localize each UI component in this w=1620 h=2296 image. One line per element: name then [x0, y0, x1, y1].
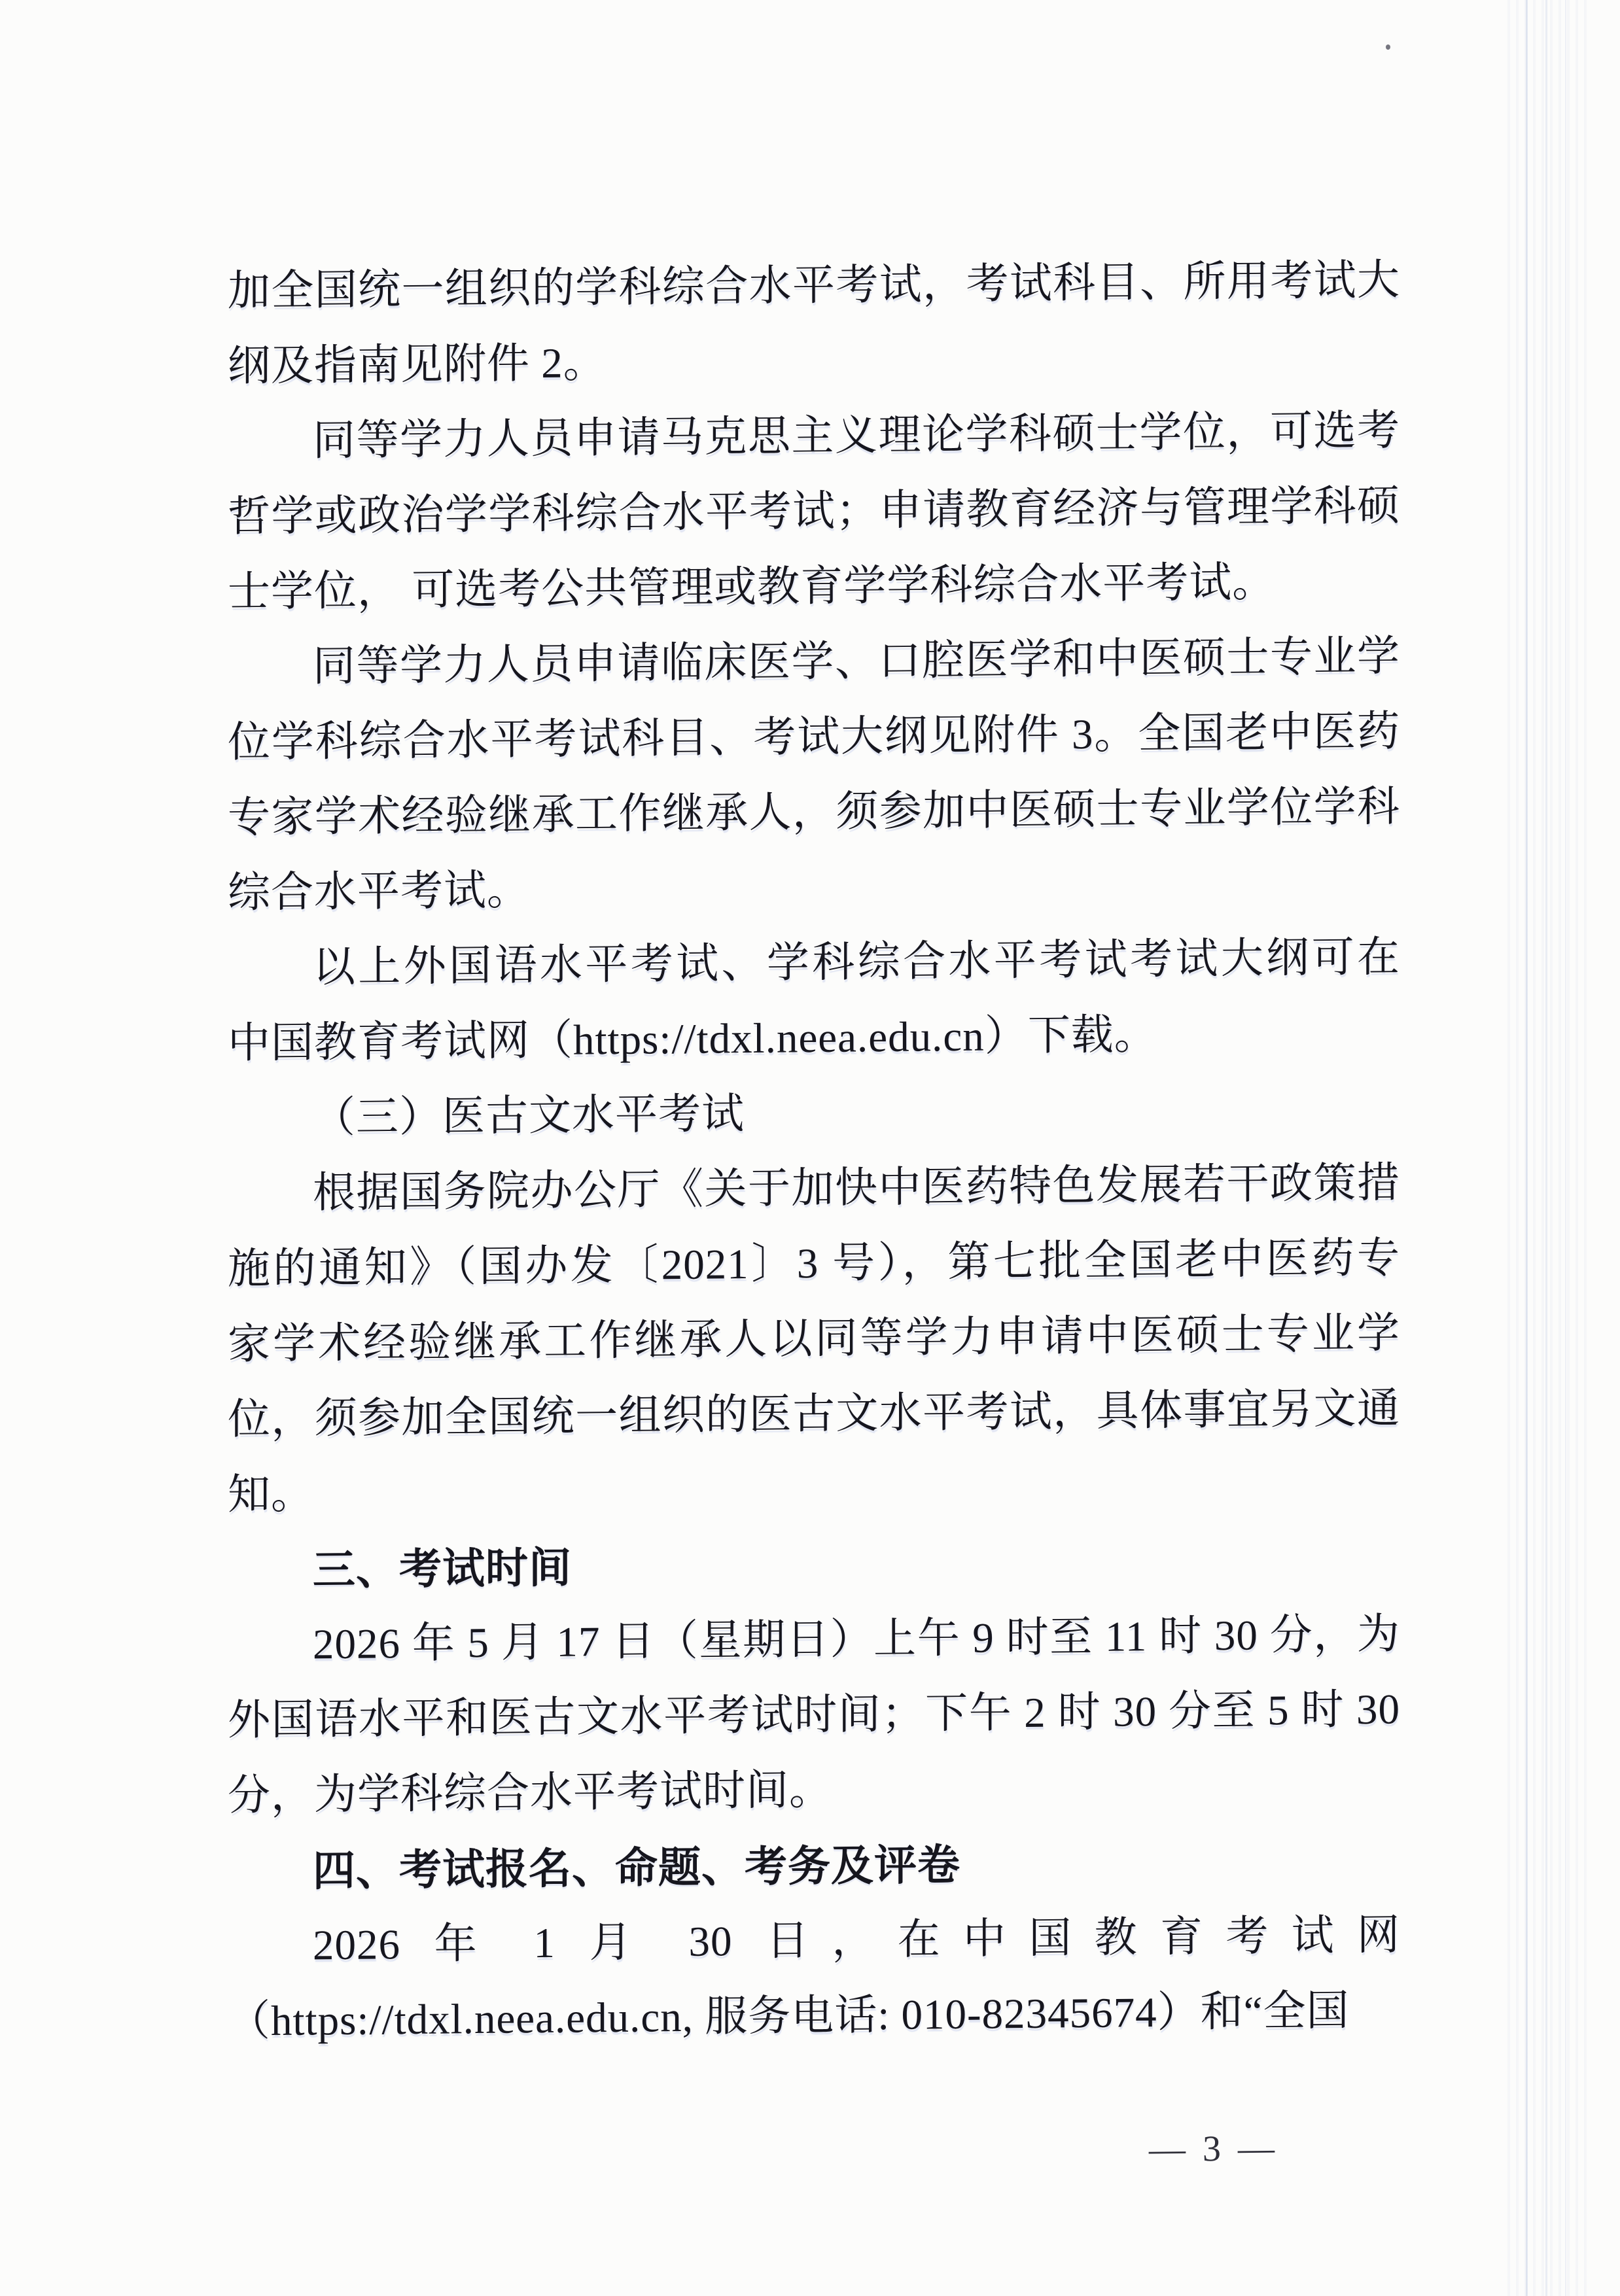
text-line: 知。	[228, 1446, 1400, 1533]
paragraph: 根据国务院办公厅《关于加快中医药特色发展若干政策措施的通知》（国办发〔2021〕…	[228, 1145, 1400, 1533]
paragraph: （三）医古文水平考试	[228, 1070, 1400, 1157]
text-line: 以上外国语水平考试、学科综合水平考试考试大纲可在	[228, 920, 1400, 1006]
text-line: 纲及指南见附件 2。	[228, 318, 1400, 404]
text-line: 三、考试时间	[228, 1522, 1400, 1608]
text-line: 2026 年 1 月 30 日，在中国教育考试网	[228, 1898, 1400, 1984]
paragraph: 加全国统一组织的学科综合水平考试，考试科目、所用考试大纲及指南见附件 2。	[228, 243, 1400, 404]
paragraph: 2026 年 1 月 30 日，在中国教育考试网（https://tdxl.ne…	[228, 1898, 1400, 2059]
text-line: 外国语水平和医古文水平考试时间；下午 2 时 30 分至 5 时 30	[228, 1672, 1400, 1758]
text-line: 四、考试报名、命题、考务及评卷	[228, 1822, 1400, 1909]
page-number: — 3 —	[1149, 2125, 1278, 2172]
text-line: 位，须参加全国统一组织的医古文水平考试，具体事宜另文通	[228, 1371, 1400, 1457]
text-line: 专家学术经验继承工作继承人，须参加中医硕士专业学位学科	[228, 769, 1400, 856]
text-line: 中国教育考试网（https://tdxl.neea.edu.cn）下载。	[228, 995, 1400, 1081]
text-line: 家学术经验继承工作继承人以同等学力申请中医硕士专业学	[228, 1296, 1400, 1382]
scanned-document-page: 加全国统一组织的学科综合水平考试，考试科目、所用考试大纲及指南见附件 2。同等学…	[0, 0, 1620, 2296]
text-line: 根据国务院办公厅《关于加快中医药特色发展若干政策措	[228, 1145, 1400, 1232]
text-line: 分，为学科综合水平考试时间。	[228, 1747, 1400, 1834]
text-line: （三）医古文水平考试	[228, 1070, 1400, 1157]
text-line: 哲学或政治学学科综合水平考试；申请教育经济与管理学科硕	[228, 468, 1400, 555]
text-line: 2026 年 5 月 17 日（星期日）上午 9 时至 11 时 30 分，为	[228, 1597, 1400, 1683]
document-body: 加全国统一组织的学科综合水平考试，考试科目、所用考试大纲及指南见附件 2。同等学…	[228, 243, 1400, 2059]
section-heading: 四、考试报名、命题、考务及评卷	[228, 1822, 1400, 1909]
text-line: 施的通知》（国办发〔2021〕3 号），第七批全国老中医药专	[228, 1221, 1400, 1307]
text-line: 同等学力人员申请马克思主义理论学科硕士学位，可选考	[228, 393, 1400, 479]
paragraph: 2026 年 5 月 17 日（星期日）上午 9 时至 11 时 30 分，为外…	[228, 1597, 1400, 1834]
paragraph: 以上外国语水平考试、学科综合水平考试考试大纲可在中国教育考试网（https://…	[228, 920, 1400, 1081]
text-line: 加全国统一组织的学科综合水平考试，考试科目、所用考试大	[228, 243, 1400, 329]
text-line: （https://tdxl.neea.edu.cn, 服务电话: 010-823…	[228, 1973, 1400, 2059]
text-line: 综合水平考试。	[228, 844, 1400, 931]
paragraph: 同等学力人员申请马克思主义理论学科硕士学位，可选考哲学或政治学学科综合水平考试；…	[228, 393, 1400, 630]
section-heading: 三、考试时间	[228, 1522, 1400, 1608]
text-line: 同等学力人员申请临床医学、口腔医学和中医硕士专业学	[228, 619, 1400, 705]
text-line: 位学科综合水平考试科目、考试大纲见附件 3。全国老中医药	[228, 694, 1400, 780]
paragraph: 同等学力人员申请临床医学、口腔医学和中医硕士专业学位学科综合水平考试科目、考试大…	[228, 619, 1400, 931]
text-line: 士学位， 可选考公共管理或教育学学科综合水平考试。	[228, 544, 1400, 630]
scan-tilt-layer: 加全国统一组织的学科综合水平考试，考试科目、所用考试大纲及指南见附件 2。同等学…	[0, 0, 1620, 2296]
